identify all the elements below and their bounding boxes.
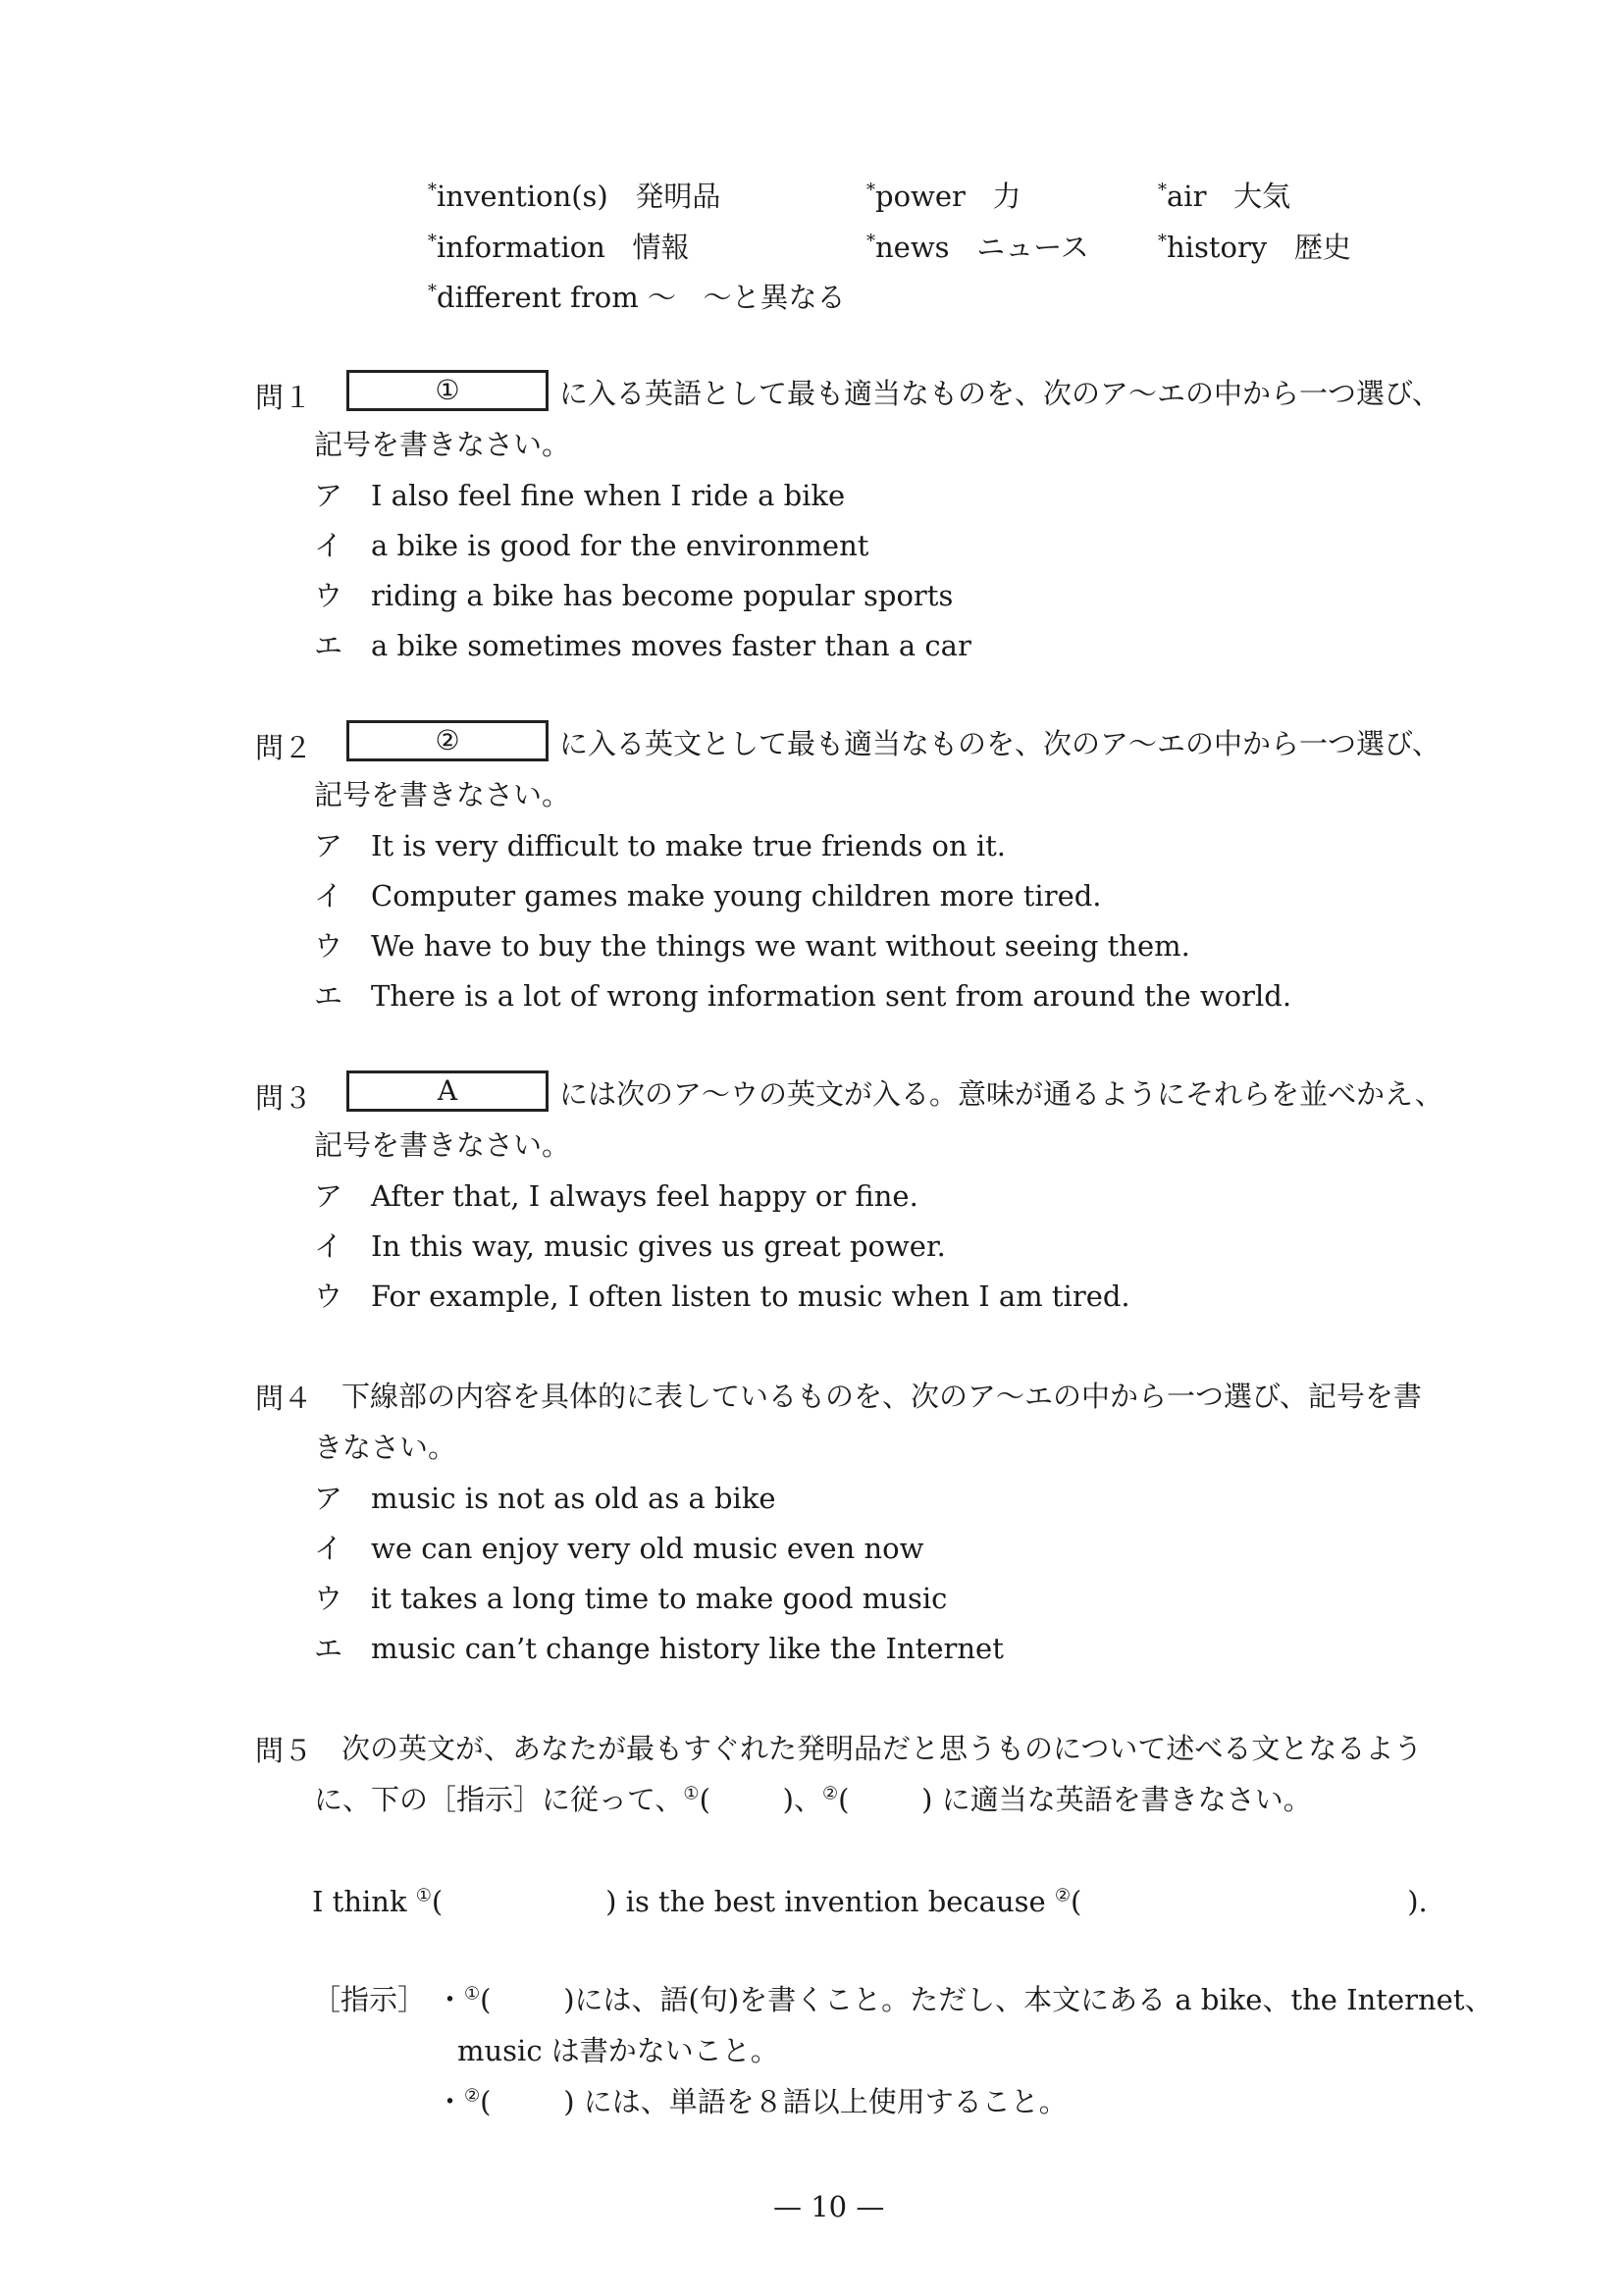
- question-prompt-cont: 記号を書きなさい。: [314, 775, 570, 814]
- instruction-1-cont: music は書かないこと。: [457, 2031, 779, 2070]
- glossary-item: *air 大気: [1158, 175, 1290, 215]
- instruction-2: ・②( ) には、単語を８語以上使用すること。: [436, 2082, 1068, 2121]
- glossary-item: *information 情報: [428, 226, 690, 266]
- option: ウWe have to buy the things we want witho…: [314, 926, 1190, 965]
- question-label: 問２: [255, 726, 312, 766]
- option: ウriding a bike has become popular sports: [314, 576, 953, 615]
- question-prompt: 次の英文が、あなたが最もすぐれた発明品だと思うものについて述べる文となるよう: [341, 1729, 1422, 1768]
- option: イwe can enjoy very old music even now: [314, 1529, 923, 1568]
- glossary-item: *power 力: [866, 175, 1021, 215]
- question-prompt-cont: に、下の［指示］に従って、①( )、②( ) に適当な英語を書きなさい。: [314, 1780, 1312, 1819]
- question-prompt: には次のア～ウの英文が入る。意味が通るようにそれらを並べかえ、: [559, 1074, 1443, 1114]
- option: アmusic is not as old as a bike: [314, 1479, 776, 1518]
- glossary-item: *news ニュース: [866, 226, 1089, 266]
- answer-blank-box: A: [346, 1070, 549, 1112]
- instruction-1: ・①( )には、語(句)を書くこと。ただし、本文にある a bike、the I…: [436, 1980, 1492, 2019]
- question-label: 問３: [255, 1076, 312, 1117]
- answer-sentence: I think ①( ) is the best invention becau…: [312, 1882, 1428, 1921]
- answer-blank-2[interactable]: ( ): [1071, 1885, 1419, 1918]
- option: ウFor example, I often listen to music wh…: [314, 1277, 1130, 1316]
- option: エThere is a lot of wrong information sen…: [314, 976, 1291, 1016]
- option: エa bike sometimes moves faster than a ca…: [314, 626, 971, 665]
- answer-blank-box: ①: [346, 370, 549, 411]
- option: アIt is very difficult to make true frien…: [314, 826, 1006, 865]
- answer-blank-box: ②: [346, 720, 549, 761]
- question-label: 問５: [255, 1729, 312, 1769]
- instructions-label: ［指示］: [312, 1980, 426, 2019]
- question-prompt-cont: きなさい。: [314, 1428, 456, 1467]
- glossary-item: *history 歴史: [1158, 226, 1351, 266]
- option: ウit takes a long time to make good music: [314, 1579, 947, 1618]
- question-prompt: 下線部の内容を具体的に表しているものを、次のア～エの中から一つ選び、記号を書: [341, 1377, 1422, 1416]
- option: アAfter that, I always feel happy or fine…: [314, 1176, 918, 1216]
- option: イa bike is good for the environment: [314, 526, 868, 565]
- question-prompt-cont: 記号を書きなさい。: [314, 425, 570, 464]
- question-prompt-cont: 記号を書きなさい。: [314, 1125, 570, 1165]
- option: エmusic can’t change history like the Int…: [314, 1629, 1004, 1668]
- glossary-item: *invention(s) 発明品: [428, 175, 720, 215]
- question-label: 問１: [255, 376, 312, 416]
- question-prompt: に入る英語として最も適当なものを、次のア～エの中から一つ選び、: [559, 374, 1440, 413]
- question-label: 問４: [255, 1377, 312, 1417]
- answer-blank-1[interactable]: ( ): [432, 1885, 617, 1918]
- page-number: — 10 —: [773, 2190, 884, 2223]
- question-prompt: に入る英文として最も適当なものを、次のア～エの中から一つ選び、: [559, 724, 1440, 763]
- option: イIn this way, music gives us great power…: [314, 1226, 946, 1266]
- glossary-item: *different from ～ ～と異なる: [428, 276, 846, 316]
- option: アI also feel fine when I ride a bike: [314, 476, 845, 515]
- option: イComputer games make young children more…: [314, 876, 1102, 915]
